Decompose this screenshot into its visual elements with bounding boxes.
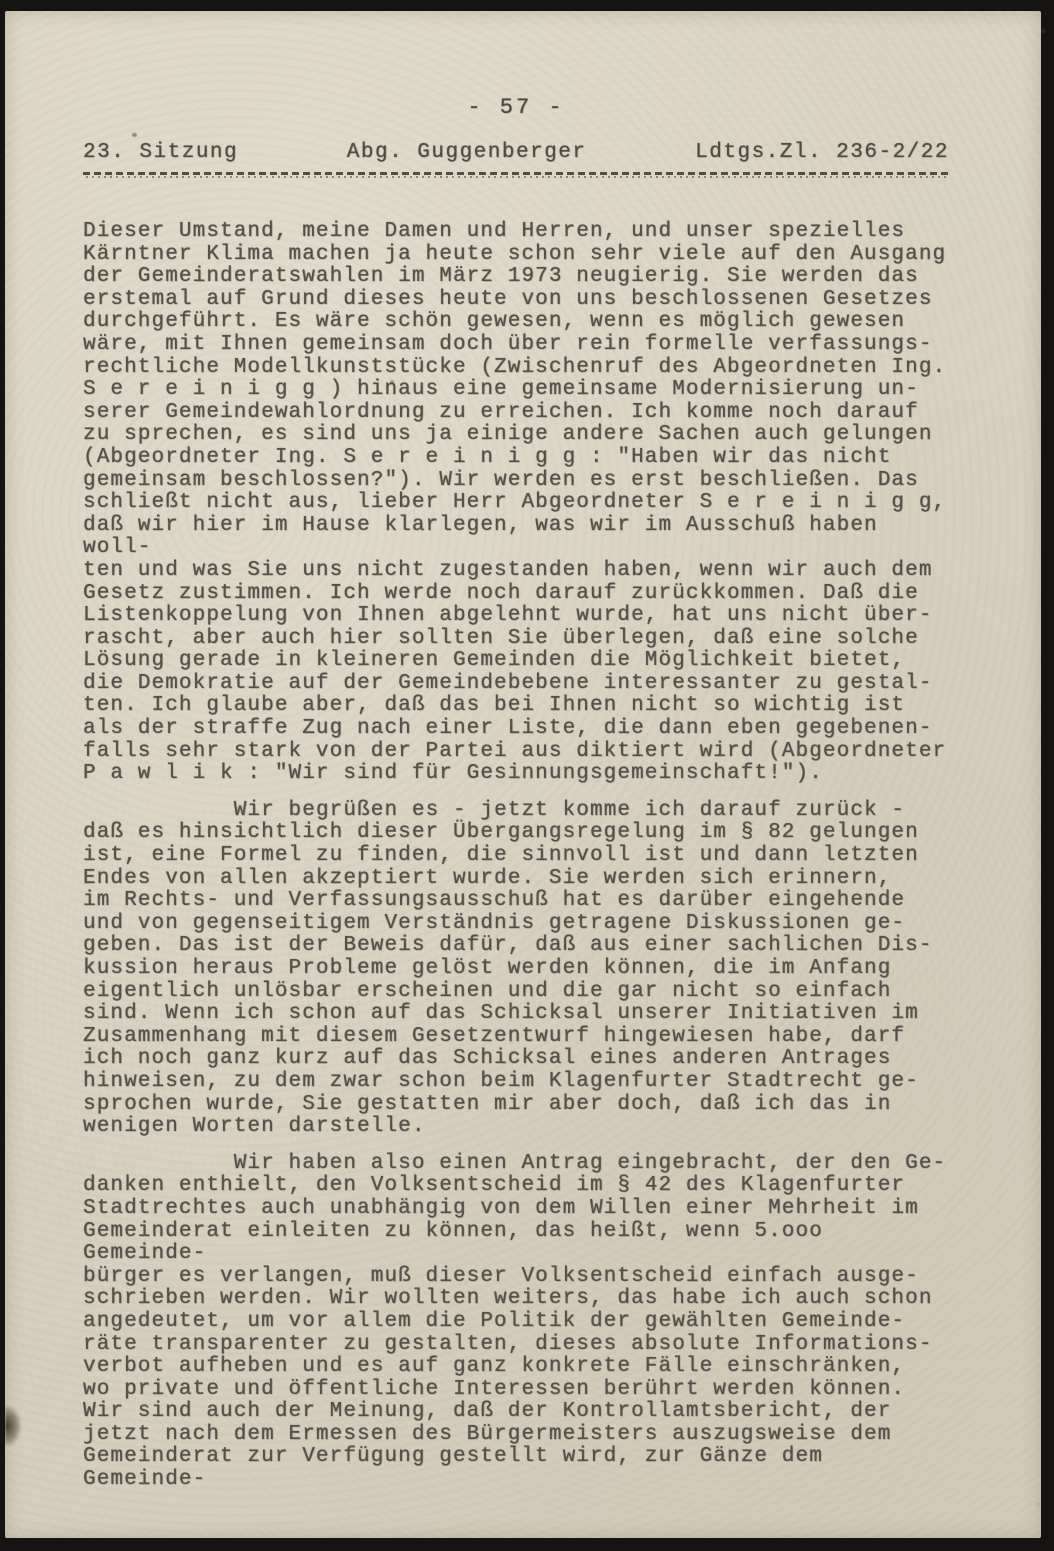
- header-session-label: 23. Sitzung: [83, 141, 238, 164]
- page-content: - 57 - 23. Sitzung Abg. Guggenberger Ldt…: [5, 11, 1041, 1492]
- header-reference-label: Ldtgs.Zl. 236-2/22: [695, 141, 949, 164]
- speech-body: Dieser Umstand, meine Damen und Herren, …: [83, 221, 949, 1492]
- page-header: 23. Sitzung Abg. Guggenberger Ldtgs.Zl. …: [83, 141, 949, 164]
- speech-paragraph-1: Dieser Umstand, meine Damen und Herren, …: [83, 221, 949, 786]
- scan-frame: - 57 - 23. Sitzung Abg. Guggenberger Ldt…: [0, 0, 1054, 1551]
- page-number: - 57 -: [83, 95, 949, 120]
- speech-paragraph-2: Wir begrüßen es - jetzt komme ich darauf…: [83, 800, 949, 1139]
- header-speaker-label: Abg. Guggenberger: [347, 141, 587, 164]
- speech-paragraph-3: Wir haben also einen Antrag eingebracht,…: [83, 1153, 949, 1492]
- header-divider-rule: [83, 172, 949, 178]
- document-page: - 57 - 23. Sitzung Abg. Guggenberger Ldt…: [5, 11, 1041, 1538]
